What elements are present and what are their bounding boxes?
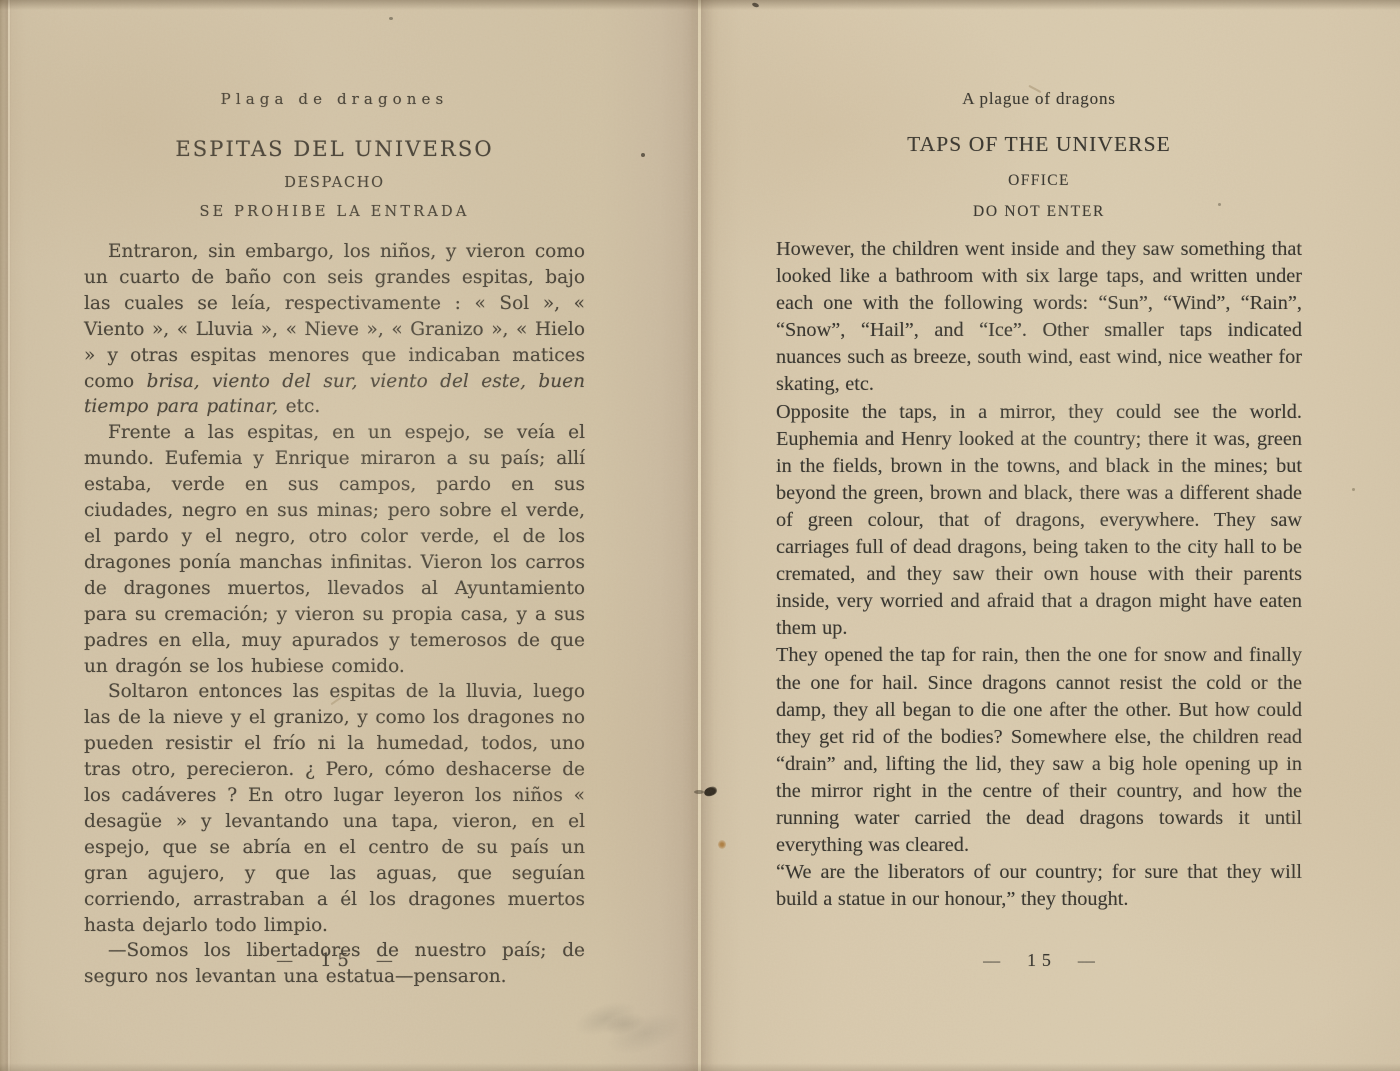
running-header-right: A plague of dragons bbox=[776, 89, 1302, 109]
running-header-left: Plaga de dragones bbox=[84, 90, 585, 108]
chapter-subtitle-right: OFFICE bbox=[776, 172, 1302, 190]
folio-dash: — bbox=[276, 951, 293, 971]
page-number-left: — 15 — bbox=[84, 950, 585, 971]
text-run: etc. bbox=[278, 396, 320, 417]
paragraph: Soltaron entonces las espitas de la lluv… bbox=[84, 679, 585, 938]
paragraph: However, the children went inside and th… bbox=[776, 236, 1302, 399]
folio-dash: — bbox=[1078, 951, 1095, 971]
text-run: Soltaron entonces las espitas de la lluv… bbox=[84, 681, 585, 935]
page-body-right: However, the children went inside and th… bbox=[776, 236, 1302, 913]
book-spread: Plaga de dragones ESPITAS DEL UNIVERSO D… bbox=[0, 0, 1400, 1071]
text-run: However, the children went inside and th… bbox=[776, 238, 1302, 395]
left-page: Plaga de dragones ESPITAS DEL UNIVERSO D… bbox=[0, 0, 700, 1071]
page-body-left: Entraron, sin embargo, los niños, y vier… bbox=[84, 239, 585, 990]
paragraph: Opposite the taps, in a mirror, they cou… bbox=[776, 399, 1302, 643]
chapter-notice-right: DO NOT ENTER bbox=[776, 203, 1302, 221]
paragraph: “We are the liberators of our country; f… bbox=[776, 859, 1302, 913]
book-gutter-crease bbox=[698, 0, 701, 1071]
italic-text-run: brisa, viento del sur, viento del este, … bbox=[84, 371, 585, 418]
page-number-right: — 15 — bbox=[776, 950, 1302, 971]
paragraph: Entraron, sin embargo, los niños, y vier… bbox=[84, 239, 585, 420]
text-run: “We are the liberators of our country; f… bbox=[776, 861, 1302, 910]
folio-dash: — bbox=[983, 951, 1000, 971]
text-run: Entraron, sin embargo, los niños, y vier… bbox=[84, 241, 585, 392]
chapter-notice-left: SE PROHIBE LA ENTRADA bbox=[84, 204, 585, 220]
folio-number: 15 bbox=[1027, 950, 1057, 971]
paragraph: They opened the tap for rain, then the o… bbox=[776, 642, 1302, 859]
chapter-title-left: ESPITAS DEL UNIVERSO bbox=[84, 137, 585, 161]
chapter-title-right: TAPS OF THE UNIVERSE bbox=[776, 132, 1302, 157]
folio-dash: — bbox=[376, 951, 393, 971]
paragraph: Frente a las espitas, en un espejo, se v… bbox=[84, 420, 585, 679]
text-run: Frente a las espitas, en un espejo, se v… bbox=[84, 422, 585, 676]
folio-number: 15 bbox=[320, 950, 354, 971]
text-run: Opposite the taps, in a mirror, they cou… bbox=[776, 401, 1302, 640]
chapter-subtitle-left: DESPACHO bbox=[84, 175, 585, 191]
text-run: They opened the tap for rain, then the o… bbox=[776, 644, 1302, 856]
right-page: A plague of dragons TAPS OF THE UNIVERSE… bbox=[700, 0, 1400, 1071]
